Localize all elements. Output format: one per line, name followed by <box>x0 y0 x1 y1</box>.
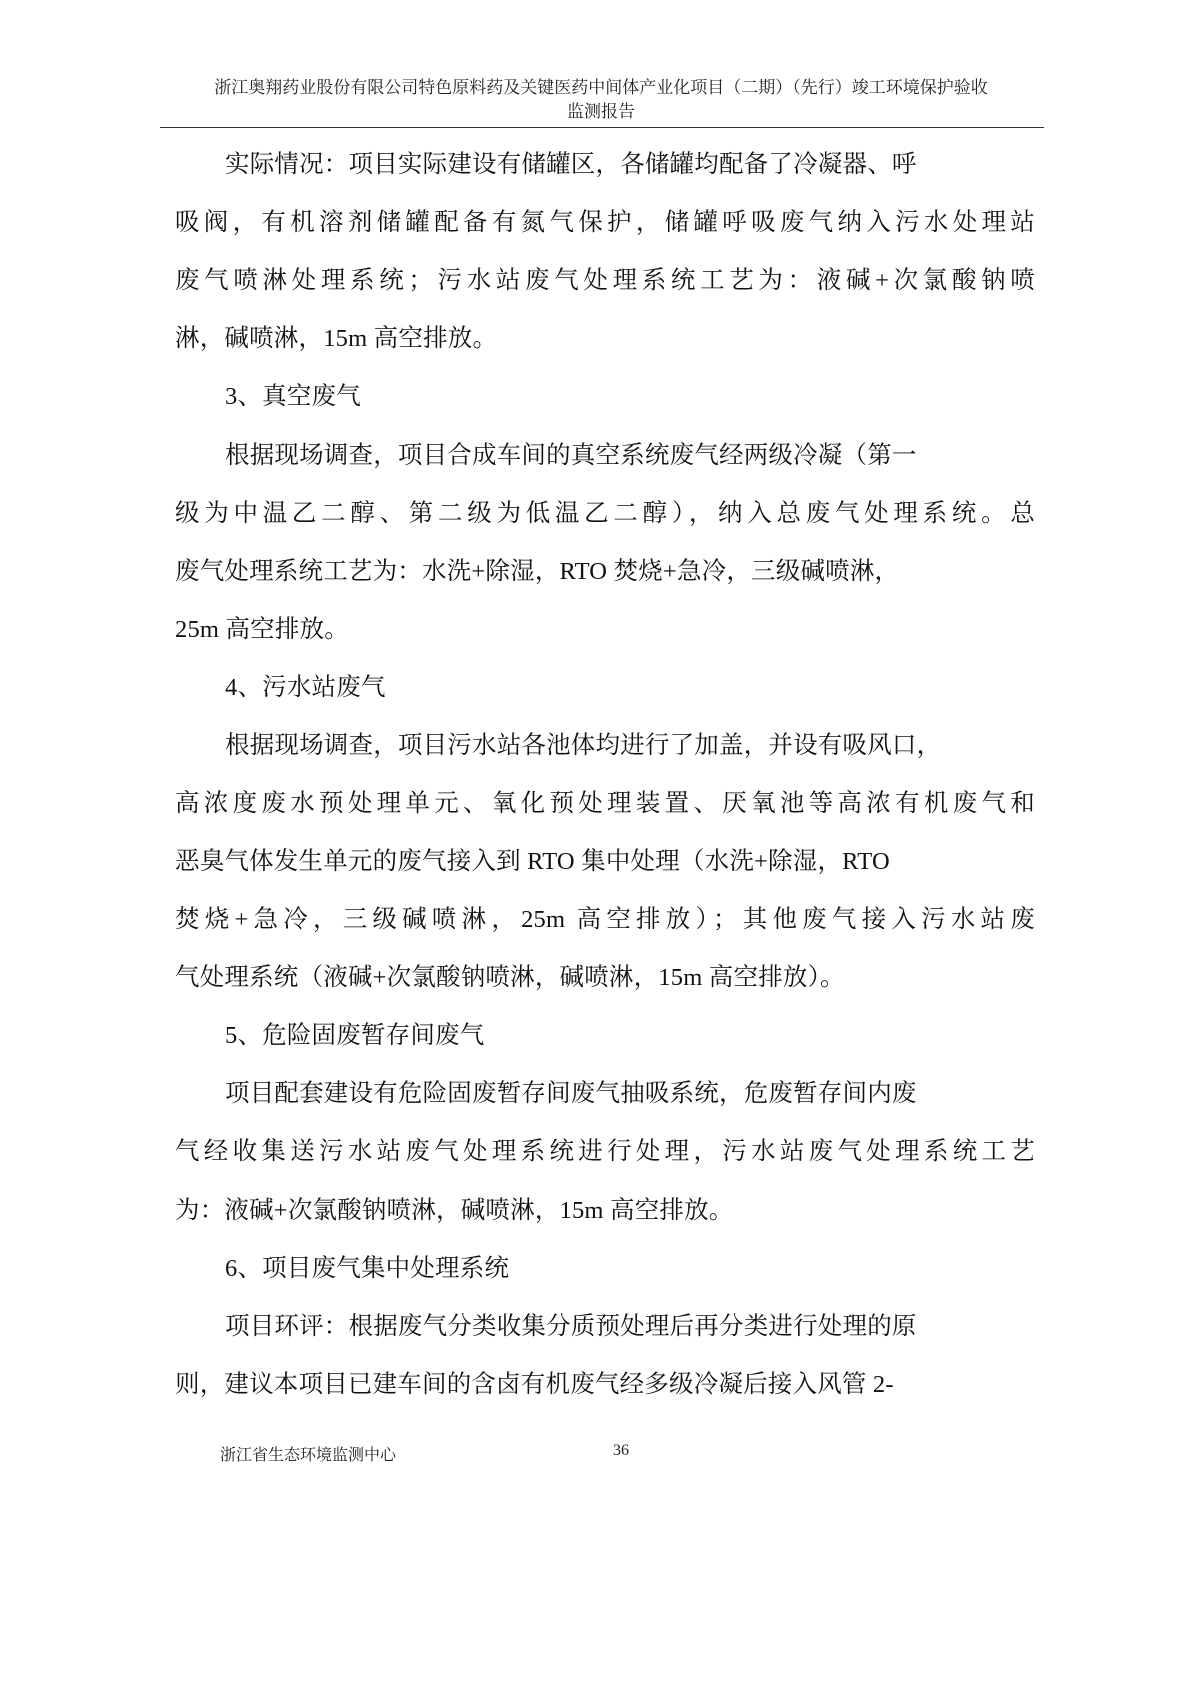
section-heading-wastewater-station-exhaust: 4、污水站废气 <box>225 672 1085 704</box>
footer-organization: 浙江省生态环境监测中心 <box>220 1442 396 1465</box>
report-title: 浙江奥翔药业股份有限公司特色原料药及关键医药中间体产业化项目（二期）（先行）竣工… <box>158 76 1044 124</box>
section-heading-vacuum-exhaust: 3、真空废气 <box>225 381 1085 413</box>
paragraph-line: 气经收集送污水站废气处理系统进行处理，污水站废气处理系统工艺 <box>175 1136 1035 1168</box>
paragraph-line: 项目配套建设有危险固废暂存间废气抽吸系统，危废暂存间内废 <box>225 1078 1085 1110</box>
section-heading-centralized-exhaust-system: 6、项目废气集中处理系统 <box>225 1253 1085 1285</box>
header-divider <box>160 127 1044 128</box>
section-heading-hazardous-waste-storage-exhaust: 5、危险固废暂存间废气 <box>225 1020 1085 1052</box>
page-number: 36 <box>613 1442 629 1460</box>
paragraph-line: 为：液碱+次氯酸钠喷淋，碱喷淋，15m 高空排放。 <box>175 1195 1035 1227</box>
report-title-line-1: 浙江奥翔药业股份有限公司特色原料药及关键医药中间体产业化项目（二期）（先行）竣工… <box>158 76 1044 100</box>
paragraph-line: 废气喷淋处理系统；污水站废气处理系统工艺为：液碱+次氯酸钠喷 <box>175 265 1035 297</box>
paragraph-line: 气处理系统（液碱+次氯酸钠喷淋，碱喷淋，15m 高空排放）。 <box>175 962 1035 994</box>
paragraph-actual-situation-line: 实际情况：项目实际建设有储罐区，各储罐均配备了冷凝器、呼 <box>225 149 1085 181</box>
paragraph-line: 则，建议本项目已建车间的含卤有机废气经多级冷凝后接入风管 2- <box>175 1369 1035 1401</box>
paragraph-line: 吸阀，有机溶剂储罐配备有氮气保护，储罐呼吸废气纳入污水处理站 <box>175 207 1035 239</box>
paragraph-line: 25m 高空排放。 <box>175 614 1035 646</box>
paragraph-line: 焚烧+急冷，三级碱喷淋，25m 高空排放）；其他废气接入污水站废 <box>175 904 1035 936</box>
report-title-line-2: 监测报告 <box>158 100 1044 124</box>
paragraph-line: 级为中温乙二醇、第二级为低温乙二醇），纳入总废气处理系统。总 <box>175 498 1035 530</box>
paragraph-line: 废气处理系统工艺为：水洗+除湿，RTO 焚烧+急冷，三级碱喷淋， <box>175 556 1035 588</box>
paragraph-line: 恶臭气体发生单元的废气接入到 RTO 集中处理（水洗+除湿，RTO <box>175 846 1035 878</box>
paragraph-line: 淋，碱喷淋，15m 高空排放。 <box>175 323 1035 355</box>
paragraph-line: 项目环评：根据废气分类收集分质预处理后再分类进行处理的原 <box>225 1311 1085 1343</box>
paragraph-line: 高浓度废水预处理单元、氧化预处理装置、厌氧池等高浓有机废气和 <box>175 788 1035 820</box>
paragraph-line: 根据现场调查，项目污水站各池体均进行了加盖，并设有吸风口， <box>225 730 1085 762</box>
paragraph-line: 根据现场调查，项目合成车间的真空系统废气经两级冷凝（第一 <box>225 440 1085 472</box>
